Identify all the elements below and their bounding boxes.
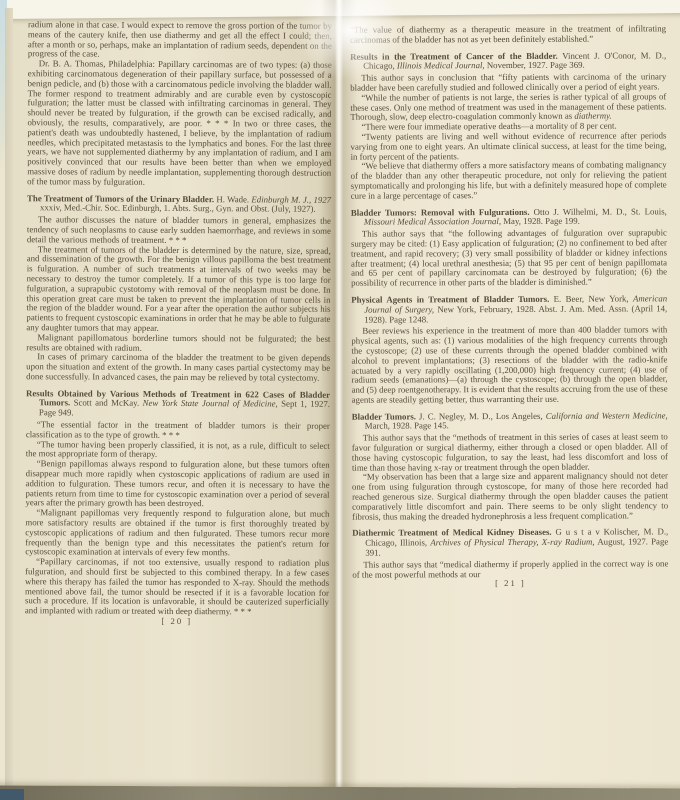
text-run: This author says that the “methods of tr… [352, 432, 668, 473]
right-page: “The value of diathermy as a therapeutic… [336, 0, 680, 794]
text-run: J. C. Negley, M. D., Los Angeles, [416, 411, 546, 422]
paragraph: radium alone in that case. I would expec… [28, 20, 332, 61]
text-run: In cases of primary carcinoma of the bla… [26, 352, 330, 383]
left-page-content: radium alone in that case. I would expec… [25, 20, 332, 627]
right-page-content: “The value of diathermy as a therapeutic… [350, 24, 668, 590]
reference-entry: Physical Agents in Treatment of Bladder … [351, 294, 667, 325]
text-run: Archives of Physical Therapy, X-ray Radi… [430, 537, 594, 548]
page-number: [ 20 ] [25, 616, 329, 627]
text-run: Illinois Medical Journal, [397, 60, 485, 70]
text-run: The treatment of tumors of the bladder i… [26, 244, 330, 333]
text-run: Beer reviews his experience in the treat… [351, 325, 667, 405]
text-run: Missouri Medical Association Journal, [364, 216, 501, 227]
reference-entry: The Treatment of Tumors of the Urinary B… [27, 194, 331, 215]
text-run: Bladder Tumors. [352, 411, 416, 421]
scan-bottom-edge [0, 785, 680, 800]
text-run: This author says in conclusion that “fif… [350, 71, 666, 92]
book-scan: radium alone in that case. I would expec… [0, 0, 680, 800]
text-run: radium alone in that case. I would expec… [28, 19, 332, 59]
paragraph: This author says that the “methods of tr… [352, 433, 668, 474]
paragraph: “Benign papillomas always respond to ful… [25, 459, 329, 510]
text-run: Edinburgh M. J., 1927 [251, 194, 331, 204]
text-run: Otto J. Wilhelmi, M. D., St. Louis, [529, 206, 666, 217]
text-run: Dr. B. A. Thomas, Philadelphia: Papillar… [27, 58, 332, 186]
paragraph: The treatment of tumors of the bladder i… [26, 245, 330, 335]
paragraph: “My observation has been that a large si… [352, 472, 668, 522]
text-run: diathermy. [574, 111, 611, 121]
left-page: radium alone in that case. I would expec… [6, 0, 336, 794]
paragraph: This author says that “the following adv… [351, 228, 667, 288]
text-run: “We believe that diathermy offers a more… [351, 160, 667, 201]
text-run: This author says that “the following adv… [351, 227, 667, 287]
text-run: March, 1928. Page 145. [365, 421, 449, 431]
paragraph: “Papillary carcinomas, if not too extens… [25, 557, 329, 617]
text-run: “Benign papillomas always respond to ful… [25, 459, 329, 509]
text-run: “The essential factor in the treatment o… [26, 419, 330, 440]
paragraph: “The value of diathermy as a therapeutic… [350, 24, 666, 45]
text-run: “The tumor having been properly classifi… [26, 439, 330, 459]
text-run: xxxiv, Med.-Chir. Soc. Edinburgh, 1. Abt… [40, 203, 316, 214]
reference-entry: Results in the Treatment of Cancer of th… [350, 51, 666, 72]
paragraph: “Twenty patients are living and well wit… [350, 131, 666, 162]
paragraph: This author says that “medical diathermy… [352, 559, 668, 580]
reference-entry: Results Obtained by Various Methods of T… [26, 389, 330, 420]
text-run: “Malignant papillomas very frequently re… [25, 508, 329, 558]
page-number: [ 21 ] [352, 579, 668, 590]
paragraph: Dr. B. A. Thomas, Philadelphia: Papillar… [27, 59, 332, 188]
text-run: May, 1928. Page 199. [501, 216, 580, 226]
text-run: “The value of diathermy as a therapeutic… [350, 23, 666, 44]
text-run: Scott and McKay. [70, 398, 142, 408]
reference-entry: Diathermic Treatment of Medical Kidney D… [352, 528, 668, 559]
text-run: California and Western Medicine, [546, 410, 668, 421]
page-left-edge [5, 8, 13, 792]
text-run: E. Beer, New York, [549, 293, 633, 303]
text-run: “My observation has been that a large si… [352, 471, 668, 522]
paragraph: “We believe that diathermy offers a more… [351, 161, 667, 202]
text-run: New York State Journal of Medicine, [143, 398, 278, 409]
scan-bottom-left-corner [0, 789, 24, 800]
text-run: “Twenty patients are living and well wit… [351, 130, 667, 161]
reference-entry: Bladder Tumors. J. C. Negley, M. D., Los… [352, 411, 668, 432]
paragraph: Beer reviews his experience in the treat… [351, 326, 667, 406]
text-run: “While the number of patients is not lar… [350, 91, 666, 122]
text-run: Malignant papillomatous borderline tumor… [26, 332, 330, 352]
paragraph: “Malignant papillomas very frequently re… [25, 508, 329, 559]
text-run: The author discusses the nature of bladd… [27, 214, 331, 244]
paragraph: “While the number of patients is not lar… [350, 92, 666, 123]
paragraph: In cases of primary carcinoma of the bla… [26, 352, 330, 383]
text-run: November, 1927. Page 369. [485, 60, 585, 70]
text-run: “Papillary carcinomas, if not too extens… [25, 556, 329, 616]
text-run: H. Wade. [214, 194, 251, 204]
paragraph: The author discusses the nature of bladd… [27, 215, 331, 246]
text-run: This author says that “medical diathermy… [352, 558, 668, 579]
reference-entry: Bladder Tumors: Removal with Fulguration… [351, 207, 667, 228]
